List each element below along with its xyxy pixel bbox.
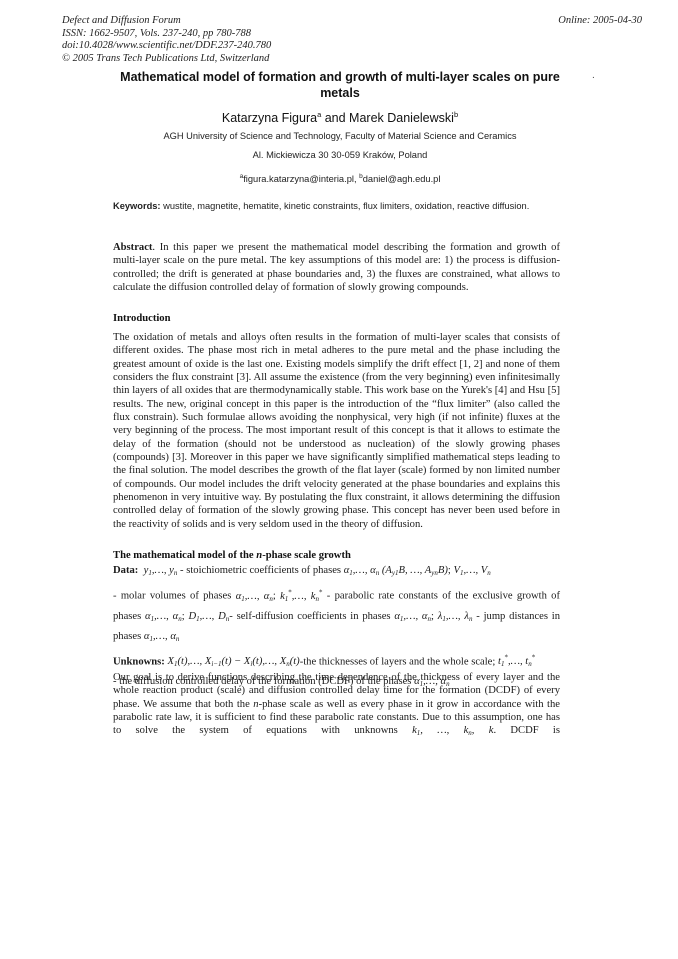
- data-text-2: - molar volumes of phases: [113, 591, 236, 602]
- author-1: Katarzyna Figura: [222, 111, 317, 125]
- authors: Katarzyna Figuraa and Marek Danielewskib: [100, 110, 580, 125]
- introduction-text: The oxidation of metals and alloys often…: [113, 331, 560, 531]
- formula-rate-constants: k1*,…, kn*: [280, 591, 322, 602]
- unknowns-row: Unknowns: X1(t),…, Xi−1(t) − Xi(t),…, Xn…: [113, 651, 560, 673]
- email-author-2[interactable]: daniel@agh.edu.pl: [363, 174, 441, 184]
- formula-stoich: y1,…, yn: [144, 565, 178, 576]
- unknowns-label: Unknowns:: [113, 656, 165, 667]
- data-row-2: - molar volumes of phases α1,…, αn; k1*,…: [113, 584, 560, 648]
- author-2: Marek Danielewski: [349, 111, 454, 125]
- abstract-text: . In this paper we present the mathemati…: [113, 242, 560, 293]
- paper-title: Mathematical model of formation and grow…: [100, 69, 580, 101]
- formula-jump-lambdas: λ1,…, λn: [438, 611, 473, 622]
- keywords-text: wustite, magnetite, hematite, kinetic co…: [161, 201, 530, 211]
- formula-phases-2: α1,…, αn: [145, 611, 182, 622]
- formula-molar-volumes: V1,…, Vn: [453, 565, 490, 576]
- online-date: Online: 2005-04-30: [558, 15, 642, 28]
- goal-text-3: . DCDF is: [493, 725, 560, 736]
- goal-paragraph: Our goal is to derive functions describi…: [113, 671, 560, 741]
- formula-diffusion-coeffs: D1,…, Dn: [188, 611, 229, 622]
- journal-name: Defect and Diffusion Forum: [62, 15, 271, 28]
- formula-phases-compounds: α1,…, αn (Ay1B, …, AynB): [344, 565, 448, 576]
- affiliation-address: Al. Mickiewicza 30 30-059 Kraków, Poland: [100, 150, 580, 160]
- affiliation-institution: AGH University of Science and Technology…: [100, 131, 580, 141]
- keywords-label: Keywords:: [113, 201, 161, 211]
- data-label: Data:: [113, 565, 138, 576]
- author-emails: afigura.katarzyna@interia.pl, bdaniel@ag…: [100, 173, 580, 184]
- model-heading-pre: The mathematical model of the: [113, 550, 256, 561]
- formula-phases: α1,…, αn: [236, 591, 273, 602]
- model-heading-post: -phase scale growth: [262, 550, 351, 561]
- formula-unknown-ks: k1, …, kn, k: [412, 725, 493, 736]
- journal-doi[interactable]: doi:10.4028/www.scientific.net/DDF.237-2…: [62, 40, 271, 53]
- abstract-label: Abstract: [113, 242, 152, 253]
- journal-info: Defect and Diffusion Forum ISSN: 1662-95…: [62, 15, 271, 65]
- data-text-1: - stoichiometric coefficients of phases: [180, 565, 344, 576]
- journal-copyright: © 2005 Trans Tech Publications Ltd, Swit…: [62, 53, 271, 66]
- email-author-1[interactable]: figura.katarzyna@interia.pl: [243, 174, 354, 184]
- paper-page: Defect and Diffusion Forum ISSN: 1662-95…: [0, 0, 678, 959]
- abstract: Abstract. In this paper we present the m…: [113, 241, 560, 294]
- journal-issn: ISSN: 1662-9507, Vols. 237-240, pp 780-7…: [62, 28, 271, 41]
- author-conjunction: and: [321, 111, 349, 125]
- stray-mark: .: [592, 70, 595, 81]
- model-heading: The mathematical model of the n-phase sc…: [113, 550, 351, 561]
- author-2-affil-mark: b: [454, 110, 458, 119]
- formula-delay-times: t1*,…, tn*: [498, 656, 535, 667]
- data-row-1: Data: y1,…, yn - stoichiometric coeffici…: [113, 563, 560, 581]
- formula-thicknesses: X1(t),…, Xi−1(t) − Xi(t),…, Xn(t): [167, 656, 299, 667]
- formula-phases-4: α1,…, αn: [144, 631, 180, 642]
- introduction-heading: Introduction: [113, 313, 171, 324]
- formula-phases-3: α1,…, αn: [394, 611, 431, 622]
- keywords: Keywords: wustite, magnetite, hematite, …: [113, 200, 560, 212]
- unknowns-text-1: -the thicknesses of layers and the whole…: [300, 656, 498, 667]
- data-text-4: - self-diffusion coefficients in phases: [229, 611, 394, 622]
